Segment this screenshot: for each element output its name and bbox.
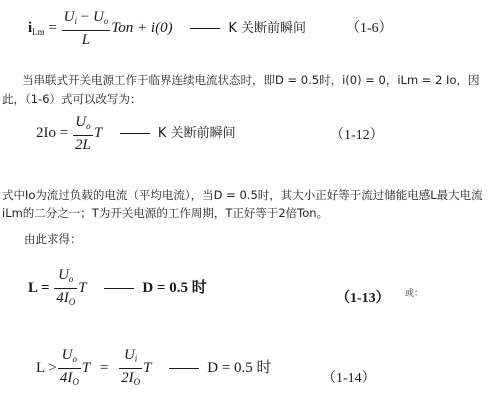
- em-dash: [104, 288, 134, 289]
- eq-lhs: L >: [36, 360, 57, 376]
- eq-lhs-subscript: Lm: [32, 27, 45, 37]
- paragraph-text: 由此求得：: [24, 230, 82, 248]
- paragraph-text: 式中Io为流过负载的电流（平均电流），当D = 0.5时，其大小正好等于流过储能…: [2, 186, 483, 204]
- numerator-sub: o: [73, 354, 78, 364]
- eq-note: D = 0.5 时: [142, 280, 206, 296]
- paragraph-text: 此，（1-6）式可以改写为：: [2, 90, 142, 108]
- denominator-sub: O: [72, 377, 79, 387]
- eq-equals: =: [48, 20, 56, 36]
- equation-1-13: L = Uo 4IO T D = 0.5 时: [28, 266, 207, 311]
- eq-equals: =: [100, 360, 108, 376]
- denominator: 2L: [73, 136, 93, 154]
- numerator: U: [58, 267, 69, 283]
- paragraph-text: 当串联式开关电源工作于临界连续电流状态时，即D = 0.5时，i(0) = 0，…: [22, 71, 480, 89]
- numerator-sub: o: [69, 274, 74, 284]
- denominator: 4I: [56, 290, 69, 306]
- trailing-text: 或：: [405, 285, 423, 303]
- equation-1-6: iLm = Ui − Uo L Ton + i(0) K 关断前瞬间: [28, 8, 306, 49]
- fraction: Ui − Uo L: [62, 8, 111, 49]
- eq-note: K 关断前瞬间: [228, 21, 306, 36]
- numerator2-sub: o: [104, 16, 109, 26]
- numerator: U: [64, 9, 75, 25]
- eq-note: D = 0.5 时: [207, 360, 271, 376]
- denominator: L: [62, 31, 111, 49]
- numerator-sub: i: [135, 354, 138, 364]
- fraction: Uo 4IO: [54, 266, 77, 311]
- equation-1-12: 2Io = Uo 2L T K 关断前瞬间: [36, 113, 236, 154]
- equation-number: （1-6）: [346, 17, 393, 37]
- numerator: U: [75, 114, 86, 130]
- equation-number: （1-13）: [336, 287, 390, 307]
- em-dash: [169, 368, 199, 369]
- eq-rest-2: T: [143, 360, 151, 376]
- em-dash: [190, 28, 220, 29]
- eq-lhs: L =: [28, 280, 49, 296]
- numerator-sub: o: [86, 121, 91, 131]
- equation-number: （1-12）: [330, 124, 384, 144]
- fraction: Uo 2L: [73, 113, 93, 154]
- denominator: 2I: [121, 370, 134, 386]
- eq-note: K 关断前瞬间: [158, 126, 236, 141]
- minus: −: [77, 9, 93, 25]
- fraction-2: Ui 2IO: [119, 346, 142, 391]
- equation-1-14: L > Uo 4IO T = Ui 2IO T D = 0.5 时: [36, 346, 272, 391]
- eq-lhs: 2Io =: [36, 125, 68, 141]
- em-dash: [120, 133, 150, 134]
- denominator-sub: O: [69, 297, 76, 307]
- numerator: U: [62, 347, 73, 363]
- numerator2: U: [93, 9, 104, 25]
- eq-rest: Ton + i(0): [111, 20, 172, 36]
- fraction: Uo 4IO: [58, 346, 81, 391]
- equation-number: （1-14）: [322, 367, 376, 387]
- denominator: 4I: [60, 370, 73, 386]
- eq-rest: T: [94, 125, 102, 141]
- eq-rest: T: [82, 360, 90, 376]
- eq-rest: T: [78, 280, 86, 296]
- numerator: U: [124, 347, 135, 363]
- paragraph-text: iLm的二分之一；T为开关电源的工作周期，T正好等于2倍Ton。: [2, 204, 328, 222]
- denominator-sub: O: [134, 377, 141, 387]
